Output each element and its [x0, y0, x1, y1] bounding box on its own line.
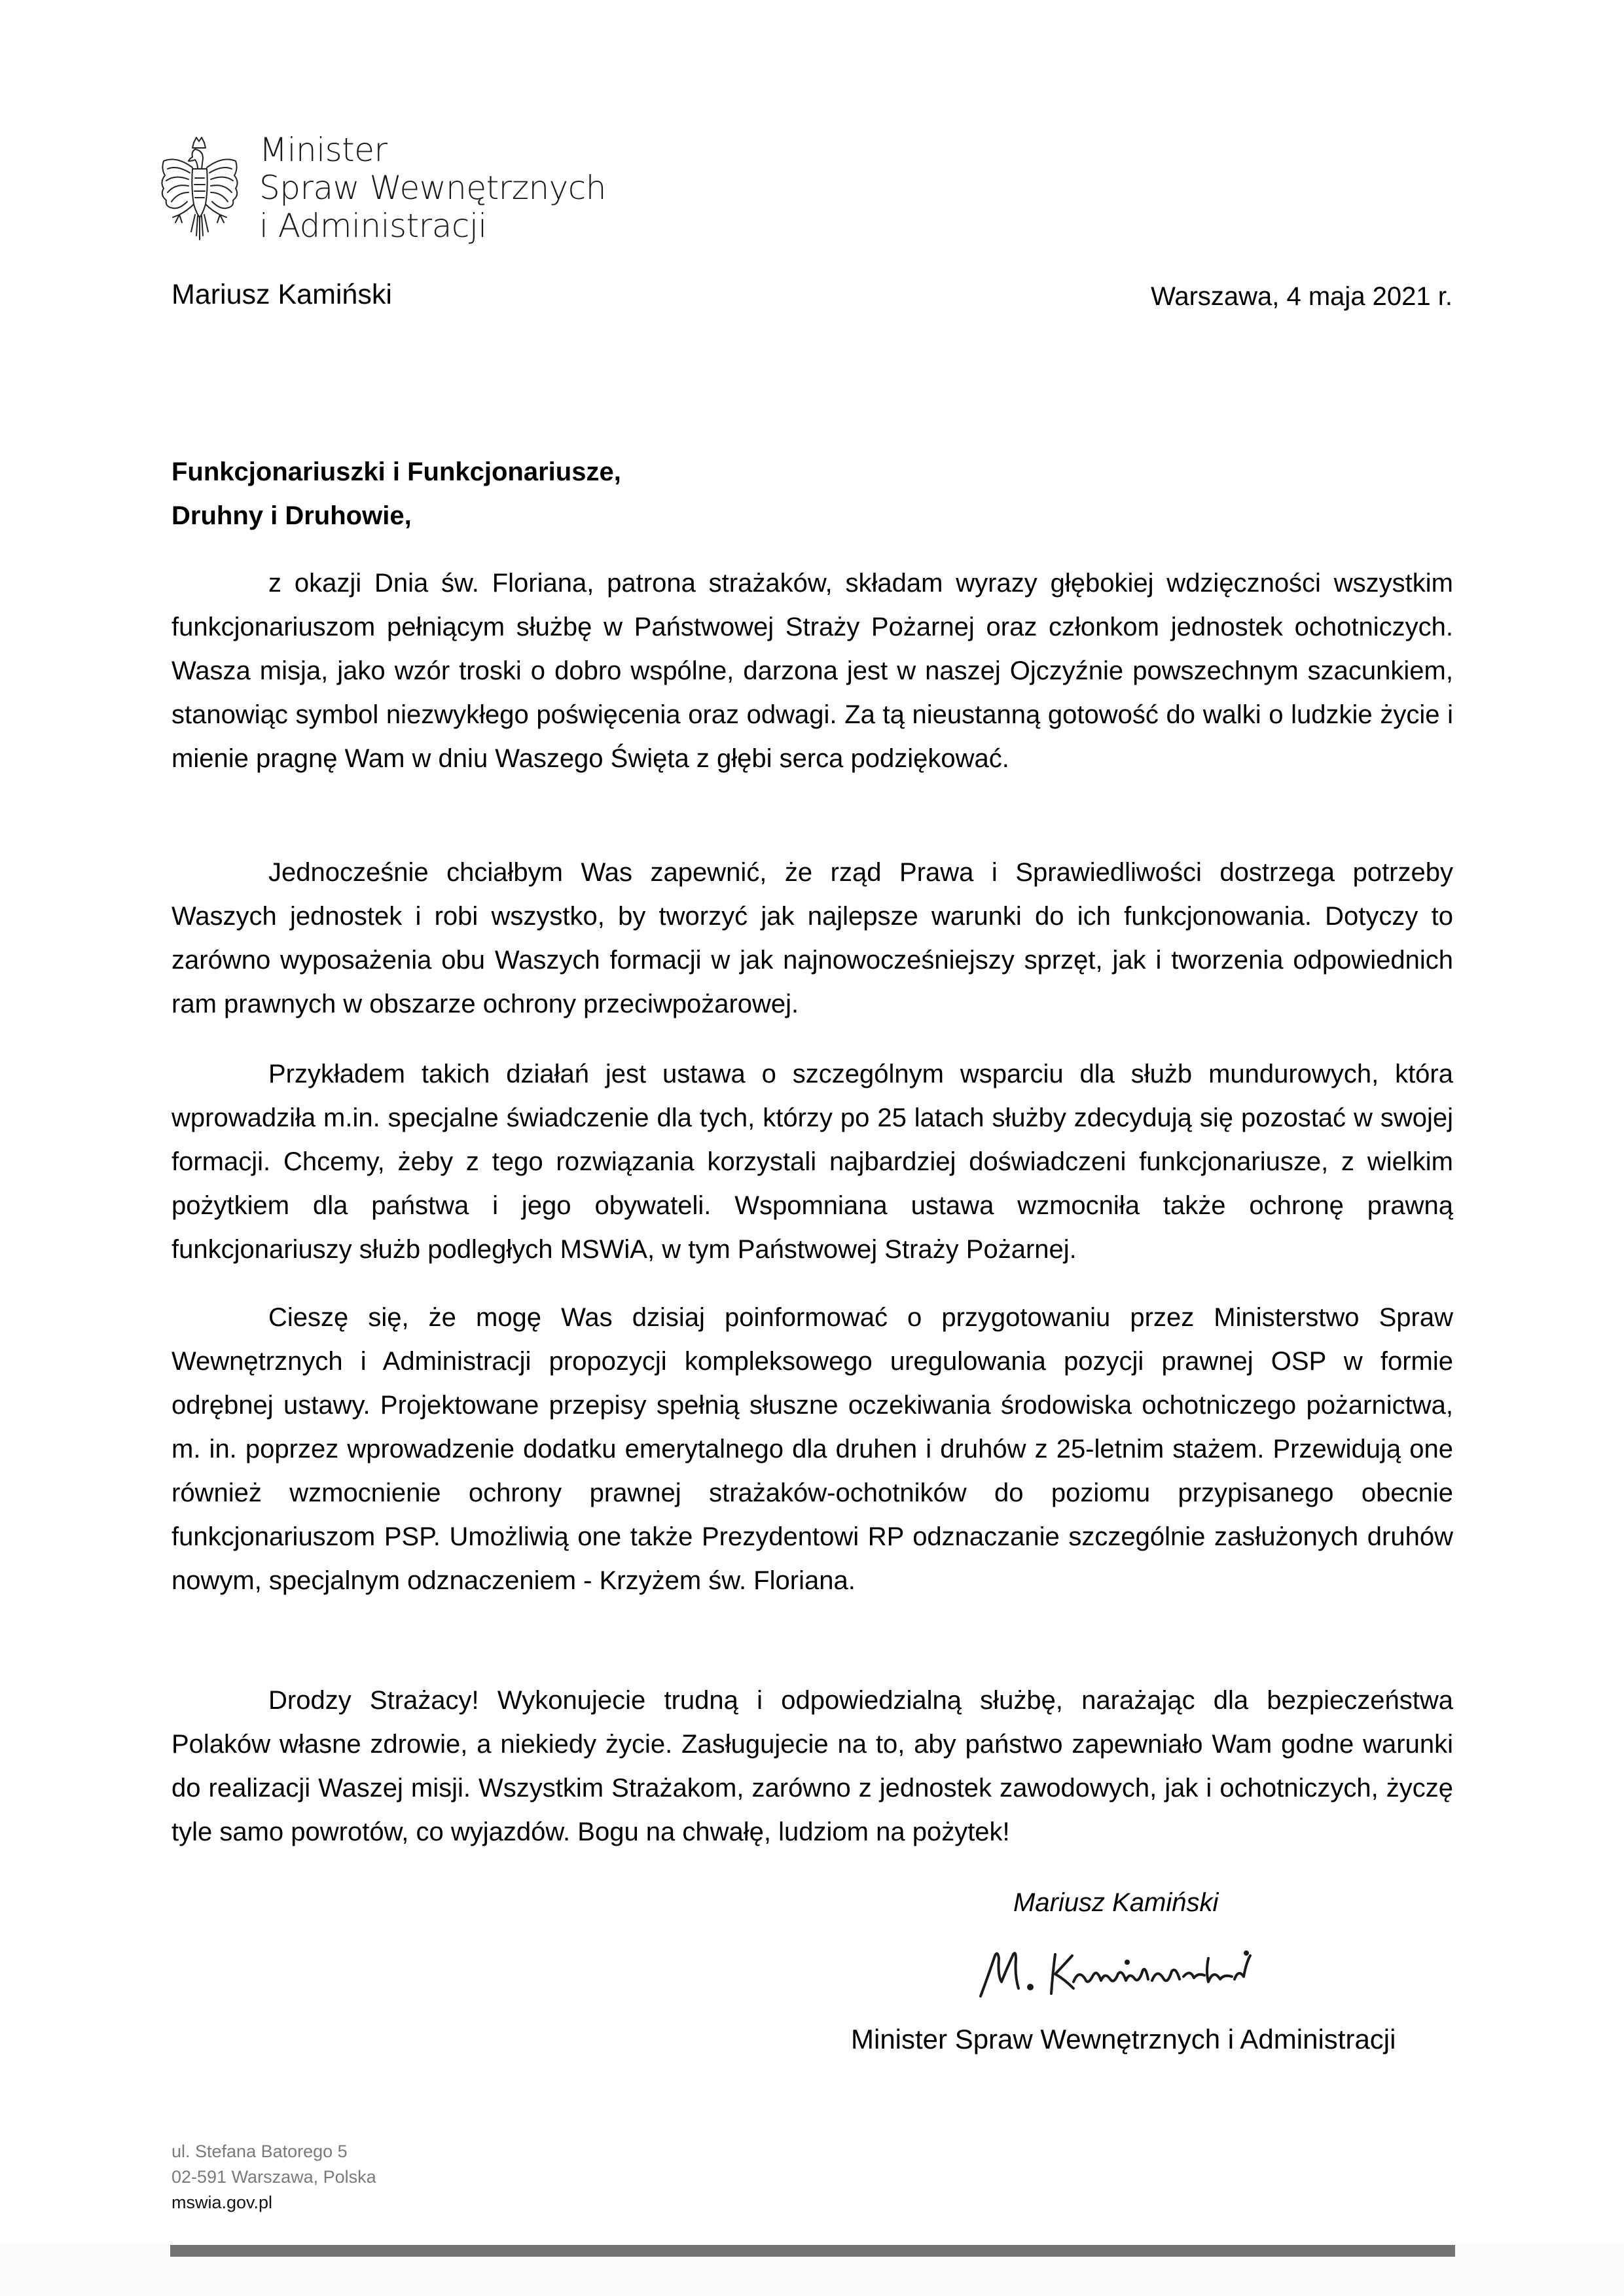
body-paragraph-5: Drodzy Strażacy! Wykonujecie trudną i od…: [171, 1679, 1453, 1854]
ministry-name-line-3: i Administracji: [259, 207, 606, 245]
paragraph-text: Cieszę się, że mogę Was dzisiaj poinform…: [171, 1296, 1453, 1603]
sender-name: Mariusz Kamiński: [171, 278, 392, 311]
body-paragraph-1: z okazji Dnia św. Floriana, patrona stra…: [171, 562, 1453, 781]
paragraph-text: Jednocześnie chciałbym Was zapewnić, że …: [171, 851, 1453, 1026]
body-paragraph-4: Cieszę się, że mogę Was dzisiaj poinform…: [171, 1296, 1453, 1603]
ministry-name-line-2: Spraw Wewnętrznych: [259, 169, 606, 207]
letter-page: Minister Spraw Wewnętrznych i Administra…: [0, 0, 1624, 2296]
footer-street: ul. Stefana Batorego 5: [171, 2139, 376, 2164]
footer-address: ul. Stefana Batorego 5 02-591 Warszawa, …: [171, 2139, 376, 2215]
body-paragraph-2: Jednocześnie chciałbym Was zapewnić, że …: [171, 851, 1453, 1026]
footer-website-link[interactable]: mswia.gov.pl: [171, 2190, 376, 2215]
paragraph-text: Przykładem takich działań jest ustawa o …: [171, 1052, 1453, 1272]
polish-eagle-emblem-icon: [157, 136, 242, 247]
handwritten-signature-icon: [975, 1943, 1270, 2001]
salutation: Funkcjonariuszki i Funkcjonariusze, Druh…: [171, 450, 621, 538]
ministry-logo: Minister Spraw Wewnętrznych i Administra…: [157, 131, 606, 247]
footer-divider-bar: [170, 2245, 1455, 2257]
signatory-title: Minister Spraw Wewnętrznych i Administra…: [851, 2022, 1396, 2056]
footer-city: 02-591 Warszawa, Polska: [171, 2164, 376, 2190]
salutation-line-1: Funkcjonariuszki i Funkcjonariusze,: [171, 450, 621, 494]
body-paragraph-3: Przykładem takich działań jest ustawa o …: [171, 1052, 1453, 1272]
place-and-date: Warszawa, 4 maja 2021 r.: [1151, 280, 1453, 313]
ministry-name: Minister Spraw Wewnętrznych i Administra…: [259, 131, 606, 245]
ministry-name-line-1: Minister: [259, 131, 606, 169]
paragraph-text: Drodzy Strażacy! Wykonujecie trudną i od…: [171, 1679, 1453, 1854]
paragraph-text: z okazji Dnia św. Floriana, patrona stra…: [171, 562, 1453, 781]
closing-signatory-name: Mariusz Kamiński: [1013, 1886, 1218, 1919]
salutation-line-2: Druhny i Druhowie,: [171, 494, 621, 538]
